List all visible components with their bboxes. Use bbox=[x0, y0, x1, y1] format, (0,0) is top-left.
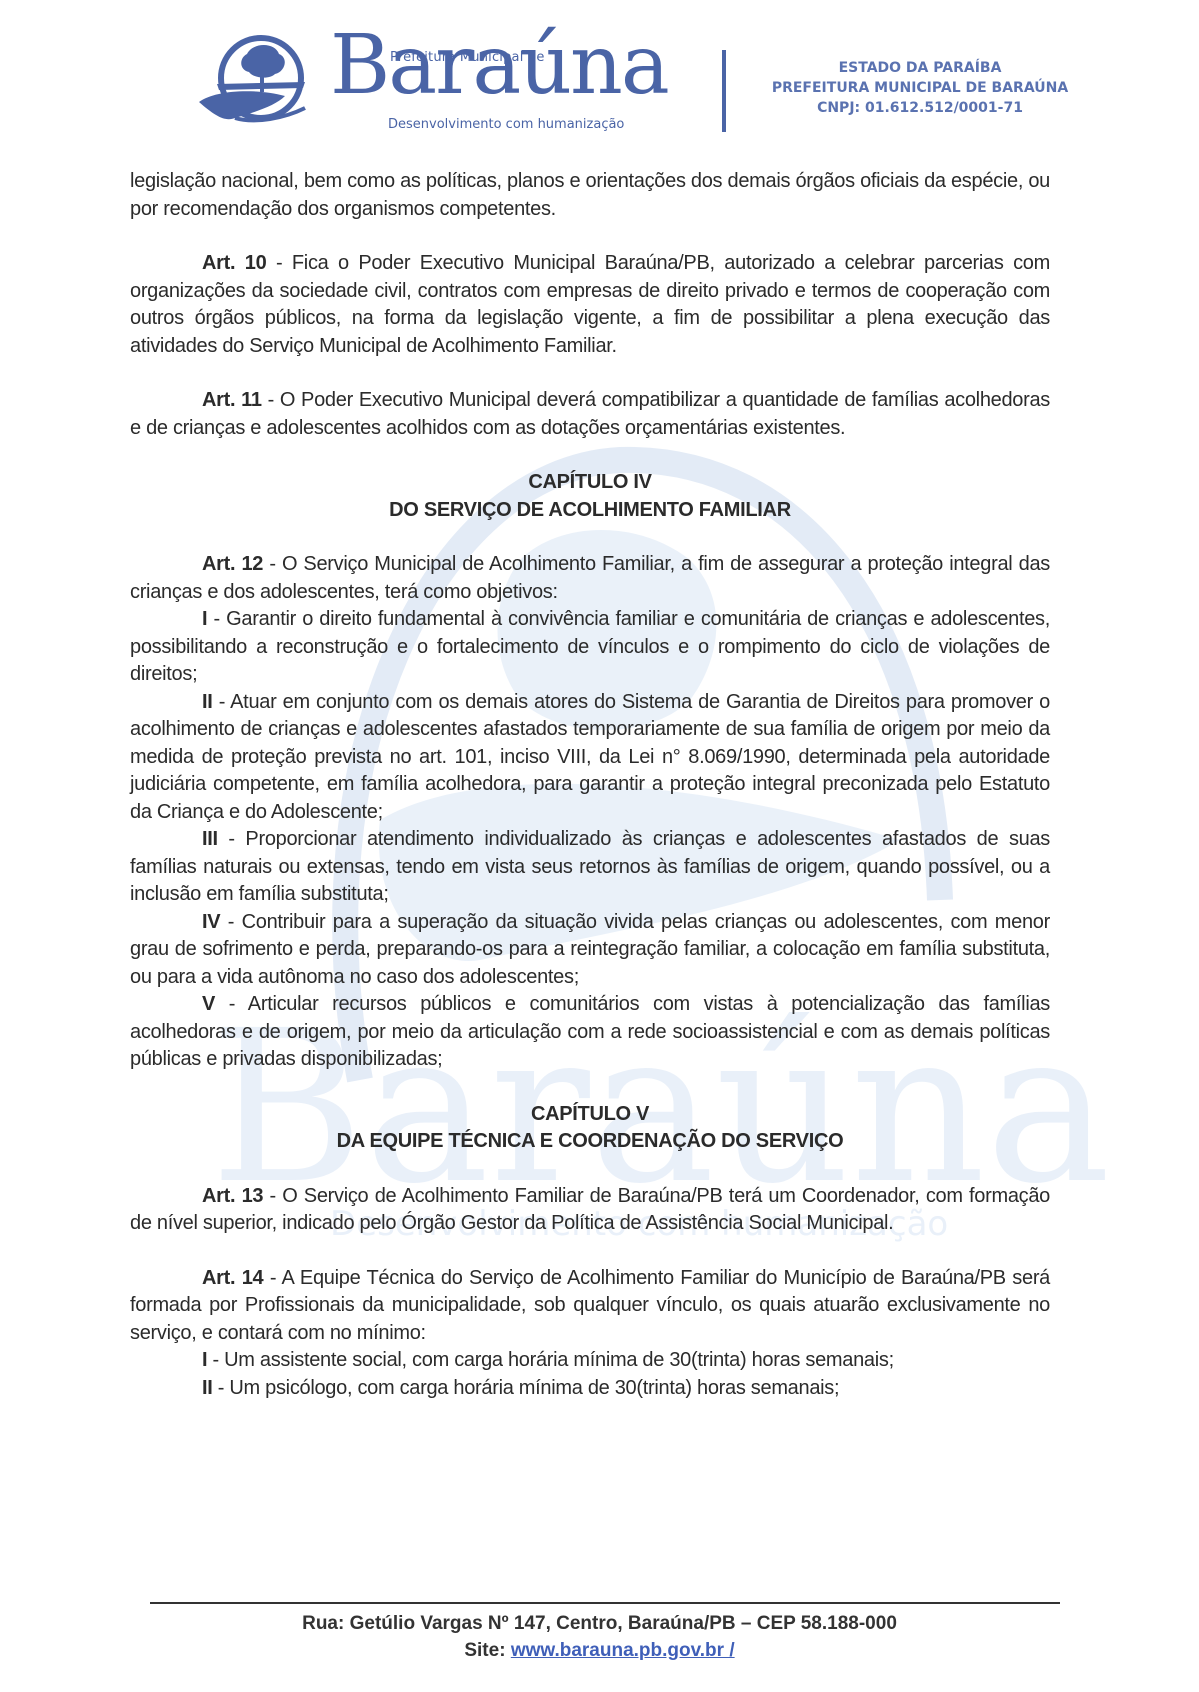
document-body: legislação nacional, bem como as polític… bbox=[130, 168, 1050, 1402]
article-13: Art. 13 - O Serviço de Acolhimento Famil… bbox=[130, 1183, 1050, 1238]
header-state: ESTADO DA PARAÍBA bbox=[735, 58, 1105, 78]
letterhead: Prefeitura Municipal de Baraúna Desenvol… bbox=[0, 0, 1199, 140]
article-14-item: II - Um psicólogo, com carga horária mín… bbox=[130, 1375, 1050, 1403]
header-divider bbox=[722, 50, 726, 132]
chapter-5-subtitle: DA EQUIPE TÉCNICA E COORDENAÇÃO DO SERVI… bbox=[130, 1128, 1050, 1156]
article-12-item: I - Garantir o direito fundamental à con… bbox=[130, 606, 1050, 689]
article-14: Art. 14 - A Equipe Técnica do Serviço de… bbox=[130, 1265, 1050, 1348]
footer: Rua: Getúlio Vargas Nº 147, Centro, Bara… bbox=[0, 1610, 1199, 1664]
article-12-item: V - Articular recursos públicos e comuni… bbox=[130, 991, 1050, 1074]
footer-divider bbox=[150, 1602, 1060, 1604]
article-12: Art. 12 - O Serviço Municipal de Acolhim… bbox=[130, 551, 1050, 606]
chapter-5-title: CAPÍTULO V bbox=[130, 1101, 1050, 1129]
intro-paragraph: legislação nacional, bem como as polític… bbox=[130, 168, 1050, 223]
logo-wordmark: Baraúna bbox=[330, 25, 668, 107]
article-11: Art. 11 - O Poder Executivo Municipal de… bbox=[130, 387, 1050, 442]
header-prefecture: PREFEITURA MUNICIPAL DE BARAÚNA bbox=[735, 78, 1105, 98]
article-14-item: I - Um assistente social, com carga horá… bbox=[130, 1347, 1050, 1375]
footer-address: Rua: Getúlio Vargas Nº 147, Centro, Bara… bbox=[0, 1610, 1199, 1637]
municipal-emblem-icon bbox=[195, 32, 319, 132]
chapter-4-title: CAPÍTULO IV bbox=[130, 469, 1050, 497]
header-cnpj: CNPJ: 01.612.512/0001-71 bbox=[735, 98, 1105, 118]
article-10: Art. 10 - Fica o Poder Executivo Municip… bbox=[130, 250, 1050, 360]
header-institution-info: ESTADO DA PARAÍBA PREFEITURA MUNICIPAL D… bbox=[735, 58, 1105, 118]
footer-site: Site: www.barauna.pb.gov.br / bbox=[0, 1637, 1199, 1664]
logo-tagline: Desenvolvimento com humanização bbox=[388, 117, 624, 132]
article-12-item: IV - Contribuir para a superação da situ… bbox=[130, 909, 1050, 992]
article-12-item: III - Proporcionar atendimento individua… bbox=[130, 826, 1050, 909]
website-link[interactable]: www.barauna.pb.gov.br / bbox=[511, 1640, 735, 1661]
chapter-4-subtitle: DO SERVIÇO DE ACOLHIMENTO FAMILIAR bbox=[130, 497, 1050, 525]
article-12-item: II - Atuar em conjunto com os demais ato… bbox=[130, 689, 1050, 827]
